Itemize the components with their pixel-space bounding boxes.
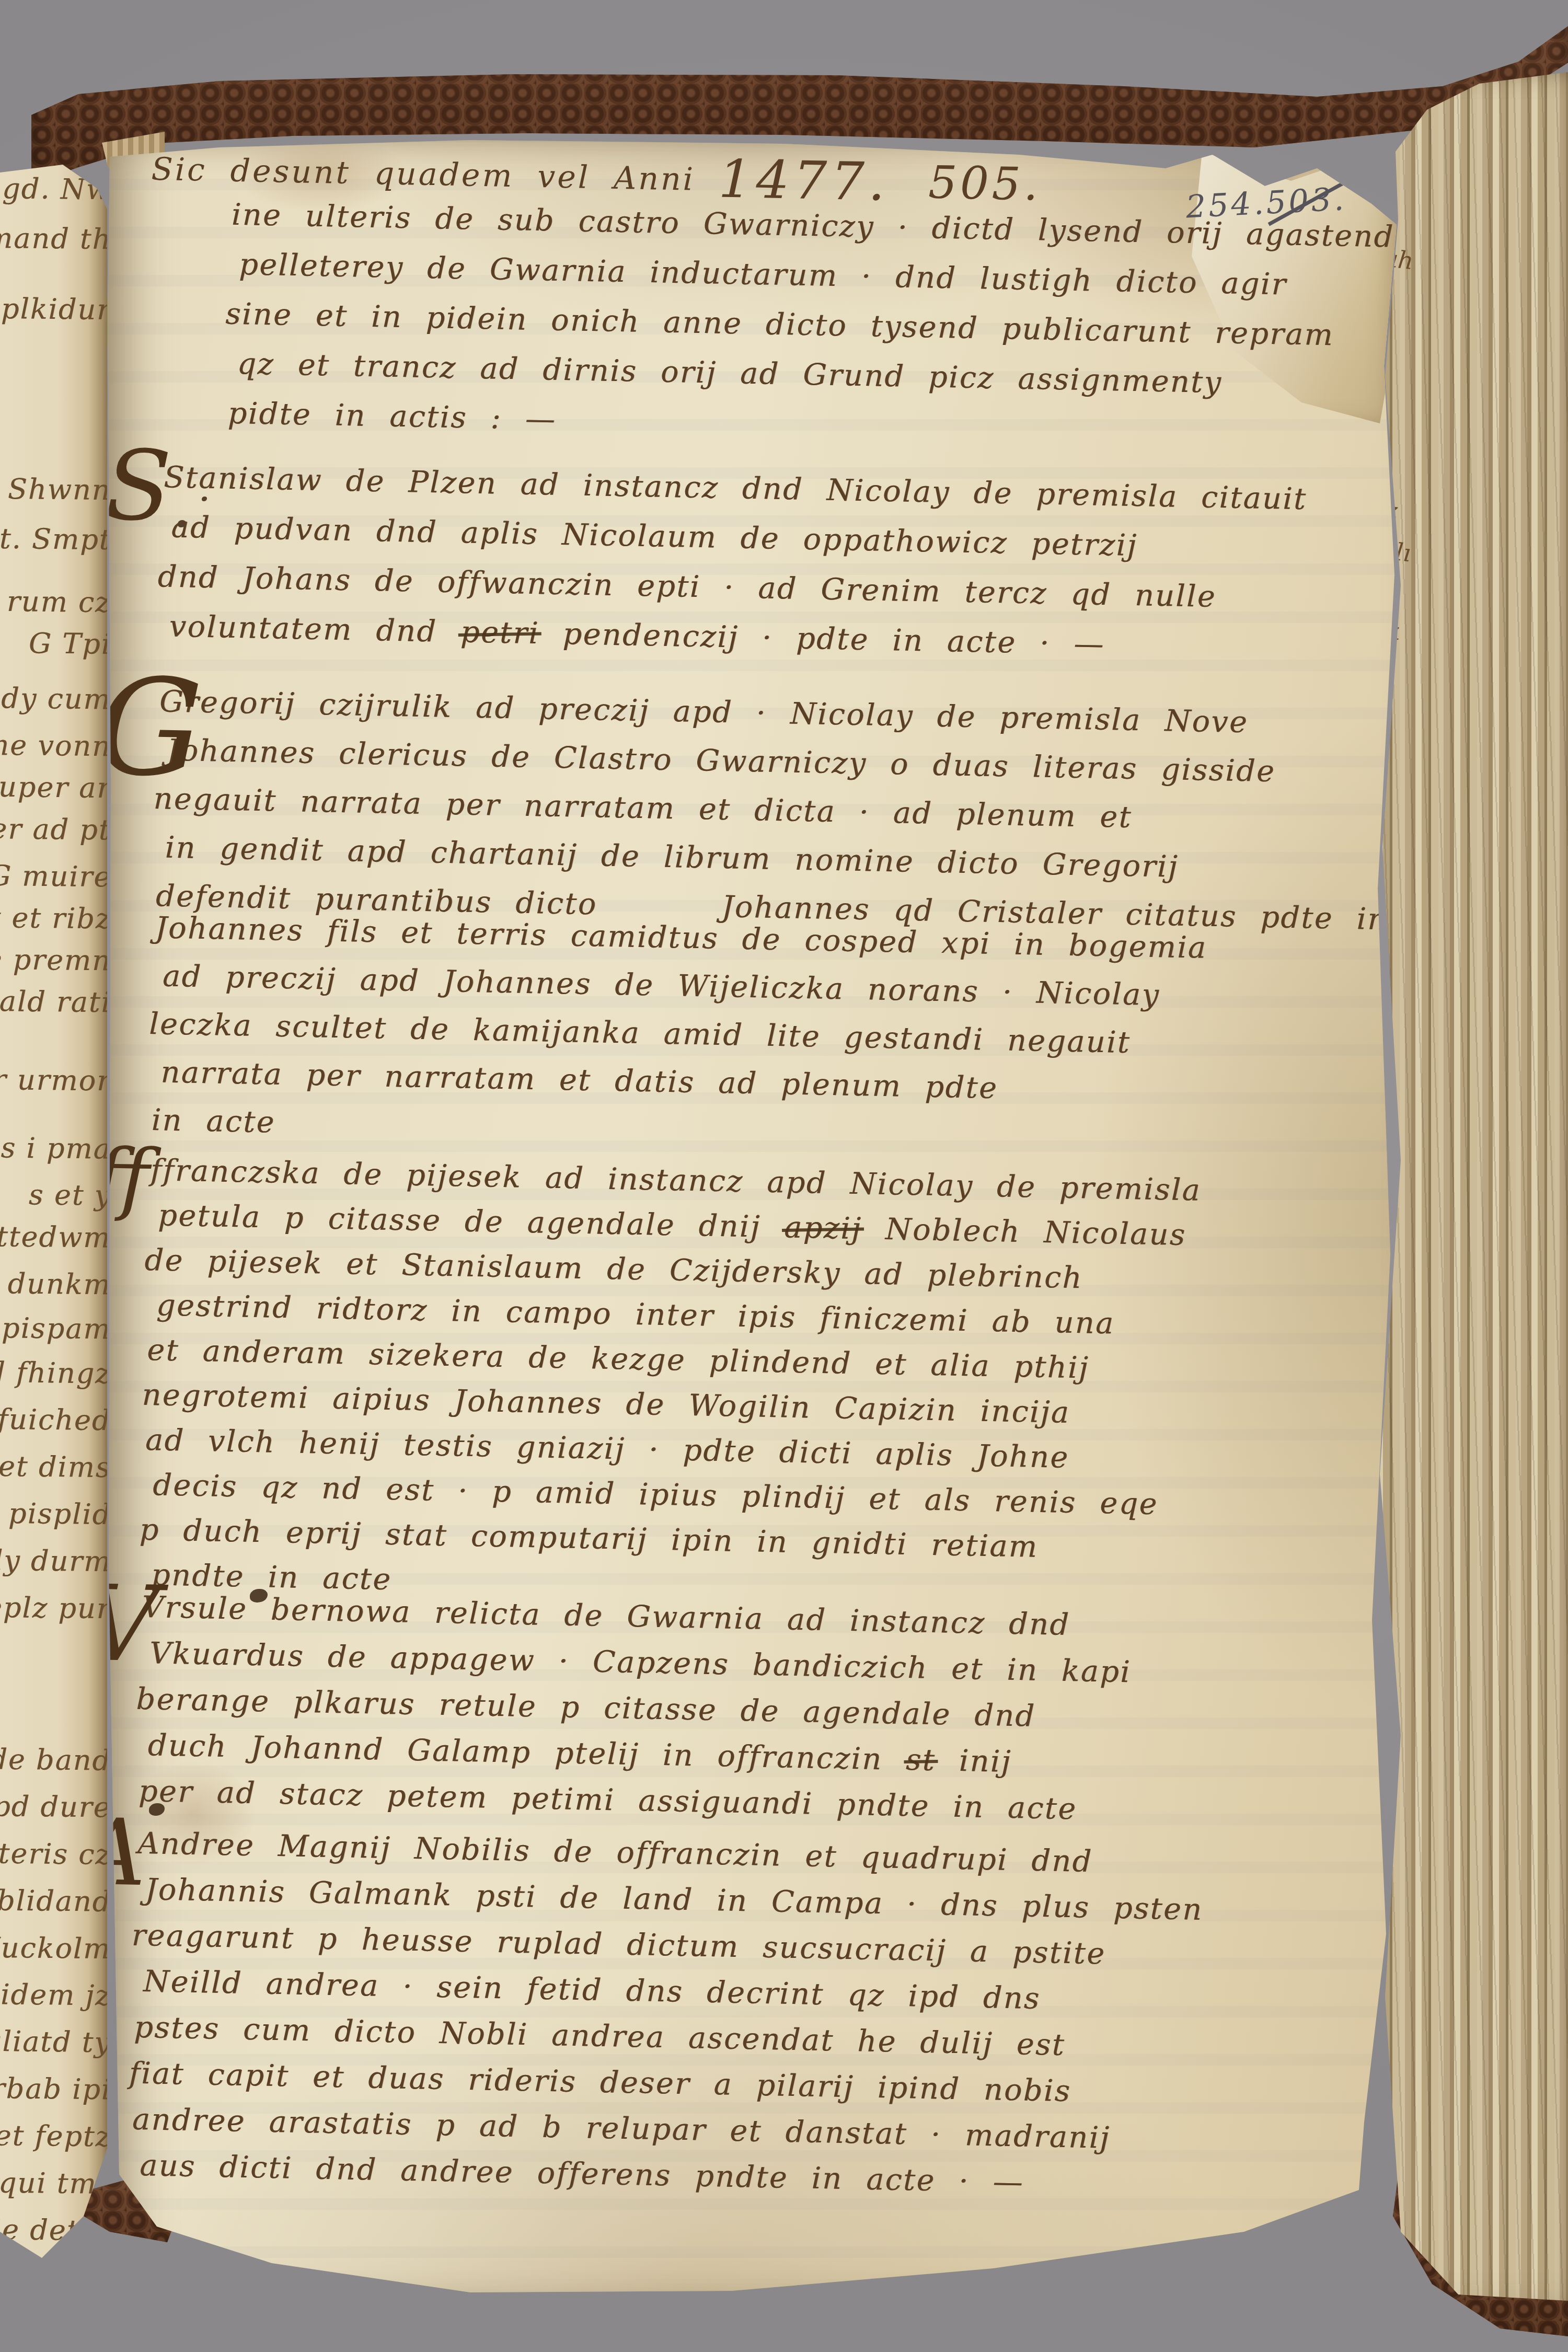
left-page-fragment: eplz pur <box>0 1591 107 1625</box>
manuscript-paragraph: ine ulteris de sub castro Gwarniczy · di… <box>165 189 1387 460</box>
left-page-fragment: ster ad pt <box>0 812 107 847</box>
text-segment: voluntatem dnd <box>169 609 460 650</box>
initial-letter: S <box>104 437 172 535</box>
manuscript-page: Sic desunt quadem vel Anni 1477. 505. 25… <box>99 131 1406 2295</box>
paragraph-lines: Gregorij czijrulik ad preczij apd · Nico… <box>155 677 1377 944</box>
left-page-fragment: er urmor <box>0 1063 107 1098</box>
manuscript-paragraph: ff ffranczska de pijesek ad instancz apd… <box>142 1148 1368 1621</box>
initial-letter: G <box>95 661 204 796</box>
manuscript-paragraph: V Vrsule bernowa relicta de Gwarnia ad i… <box>138 1584 1360 1838</box>
paragraph-lines: Stanislaw de Plzen ad instancz dnd Nicol… <box>160 453 1382 675</box>
manuscript-paragraph: Johannes fils et terris camidtus de cosp… <box>151 904 1373 1168</box>
left-page-fragment: al ulteris cz <box>0 1836 107 1871</box>
left-page-fragment: mi s i pma <box>0 1131 107 1165</box>
left-page-fragment: rt et feptz <box>0 2118 107 2153</box>
left-page-fragment: md fhingz <box>0 1355 107 1390</box>
left-facing-page: agd. Nw mand th plkidur Shwnn t. Smpt ru… <box>0 146 107 2289</box>
paragraph-lines: ine ulteris de sub castro Gwarniczy · di… <box>165 189 1387 460</box>
text-segment: Noblech Nicolaus <box>862 1212 1187 1252</box>
bleed-through-mark: lı <box>1394 538 1412 568</box>
struck-word: petri <box>460 615 539 651</box>
left-page-fragment: me vonn <box>0 729 107 763</box>
left-page-fragment: fuiched <box>0 1403 107 1437</box>
folio-number: 505. <box>928 156 1041 211</box>
left-page-fragment: et dims <box>0 1450 107 1484</box>
left-page-fragment: pt et ribz <box>0 901 107 936</box>
left-page-fragment: pisplid <box>8 1497 107 1531</box>
manuscript-paragraph: S Stanislaw de Plzen ad instancz dnd Nic… <box>160 453 1382 675</box>
left-page-fragment: t. Smpt <box>0 522 107 556</box>
left-page-fragment: agd. Nw <box>0 172 107 206</box>
paragraph-lines: ffranczska de pijesek ad instancz apd Ni… <box>142 1148 1368 1621</box>
left-page-fragment: de premn <box>0 943 107 977</box>
left-page-fragment: Hady cum <box>0 681 107 716</box>
left-page-fragment: G muire <box>0 859 107 893</box>
paragraph-lines: Andree Magnij Nobilis de offranczin et q… <box>131 1820 1356 2212</box>
left-page-fragment: ab ablidand <box>0 1883 107 1918</box>
left-page-fragment: mand th <box>0 222 107 256</box>
left-page-fragment: y pidem jz <box>0 1977 107 2012</box>
left-page-fragment: A ttedwm <box>0 1220 107 1254</box>
left-page-fragment: s et y <box>28 1178 107 1212</box>
left-page-fragment: urbab ipi <box>0 2072 107 2106</box>
left-page-fragment: uald rati <box>0 985 107 1019</box>
text-segment: petula p citasse de agendale dnij <box>158 1198 785 1244</box>
struck-word: apzij <box>784 1210 862 1246</box>
paragraph-lines: Johannes fils et terris camidtus de cosp… <box>151 904 1373 1168</box>
text-segment: inij <box>936 1743 1012 1779</box>
left-page-fragment: me de band <box>0 1742 107 1777</box>
left-page-fragment: t. pispam <box>0 1311 107 1346</box>
left-page-fragment: plkidur <box>1 292 107 326</box>
text-segment: pendenczij · pdte in acte · — <box>539 616 1105 662</box>
manuscript-text: Sic desunt quadem vel Anni 1477. 505. 25… <box>59 130 1406 2319</box>
left-page-fragment: G Tpi <box>29 627 107 661</box>
left-page-fragment: ly durm <box>0 1544 107 1578</box>
left-page-fragment: rum cz <box>7 585 107 619</box>
paragraph-lines: Vrsule bernowa relicta de Gwarnia ad ins… <box>138 1584 1360 1838</box>
left-page-fragment: t ipd dure <box>0 1789 107 1824</box>
left-page-fragment: al dunkm <box>0 1267 107 1301</box>
struck-word: st <box>906 1743 936 1778</box>
text-segment: duch Johannd Galamp ptelij in offranczin <box>147 1728 906 1777</box>
manuscript-paragraph: G Gregorij czijrulik ad preczij apd · Ni… <box>155 677 1377 944</box>
left-page-fragment: uper ar <box>0 770 107 804</box>
left-page-fragment: Shwnn <box>8 472 107 506</box>
left-page-fragment: fteiz Nuckolm <box>0 1930 107 1965</box>
left-page-fragment: gliatd ty <box>0 2025 107 2059</box>
photo-of-manuscript-book: ıh ʒ lı k agd. Nw mand th plkidur Shwnn … <box>0 0 1568 2352</box>
manuscript-paragraph: A Andree Magnij Nobilis de offranczin et… <box>131 1820 1356 2212</box>
